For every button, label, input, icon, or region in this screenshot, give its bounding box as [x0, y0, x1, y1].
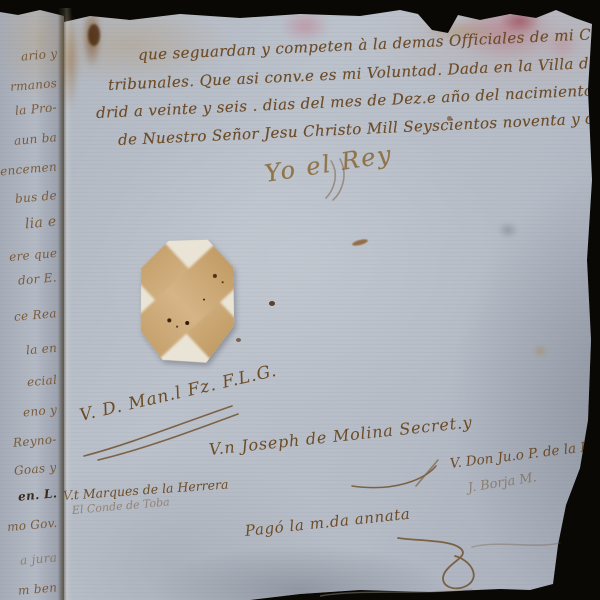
margin-fragment: ere que	[8, 246, 57, 264]
margin-fragment: la en	[25, 341, 57, 358]
signature-councillor-1: V. D. Man.l Fz. F.L.G.	[78, 361, 279, 426]
manuscript-page: que seguardan y competen à la demas Offi…	[0, 0, 600, 600]
manuscript-photo: ario y rmanos la Pro- aun ba encemen bus…	[0, 0, 600, 600]
margin-fragment: eno y	[22, 403, 57, 420]
margin-fragment: mo Gov.	[6, 516, 58, 534]
margin-fragment: lia e	[25, 214, 58, 233]
page-fold-crease	[58, 8, 72, 600]
signature-councillor-5: J. Borja M.	[467, 470, 538, 496]
margin-fragment: la Pro-	[14, 100, 57, 118]
margin-fragment: bus de	[15, 188, 58, 206]
margin-fragment: aun ba	[13, 130, 57, 148]
margin-fragment: m ben	[17, 580, 57, 597]
ink-stain	[88, 24, 100, 46]
facing-page-edge: ario y rmanos la Pro- aun ba encemen bus…	[0, 0, 64, 600]
margin-fragment: ecial	[26, 373, 57, 390]
signature-councillor-4: V. Don Ju.o P. de la Bl.	[449, 438, 600, 472]
margin-fragment: en. L.	[17, 486, 57, 503]
ink-speck	[352, 238, 369, 247]
margin-fragment: Reyno-	[13, 432, 58, 450]
paper-seal-icon	[138, 237, 237, 363]
margin-fragment: rmanos	[9, 76, 57, 94]
ink-stain	[82, 6, 102, 68]
margin-fragment: ce Rea	[14, 306, 58, 324]
margin-fragment: Goas y	[14, 460, 58, 478]
payment-annotation: Pagó la m.da annata	[244, 505, 411, 540]
ink-speck	[269, 301, 275, 306]
signature-secretary: V.n Joseph de Molina Secret.y	[208, 412, 473, 459]
margin-fragment: ario y	[20, 46, 57, 63]
royal-signature: Yo el Rey	[263, 140, 395, 188]
age-stain	[532, 344, 548, 358]
margin-fragment: encemen	[0, 160, 58, 179]
seal-wafer	[138, 237, 237, 363]
margin-fragment: dor E.	[18, 270, 58, 287]
smudge	[498, 222, 518, 238]
ink-speck	[236, 338, 241, 342]
margin-fragment: a jura	[19, 550, 57, 567]
